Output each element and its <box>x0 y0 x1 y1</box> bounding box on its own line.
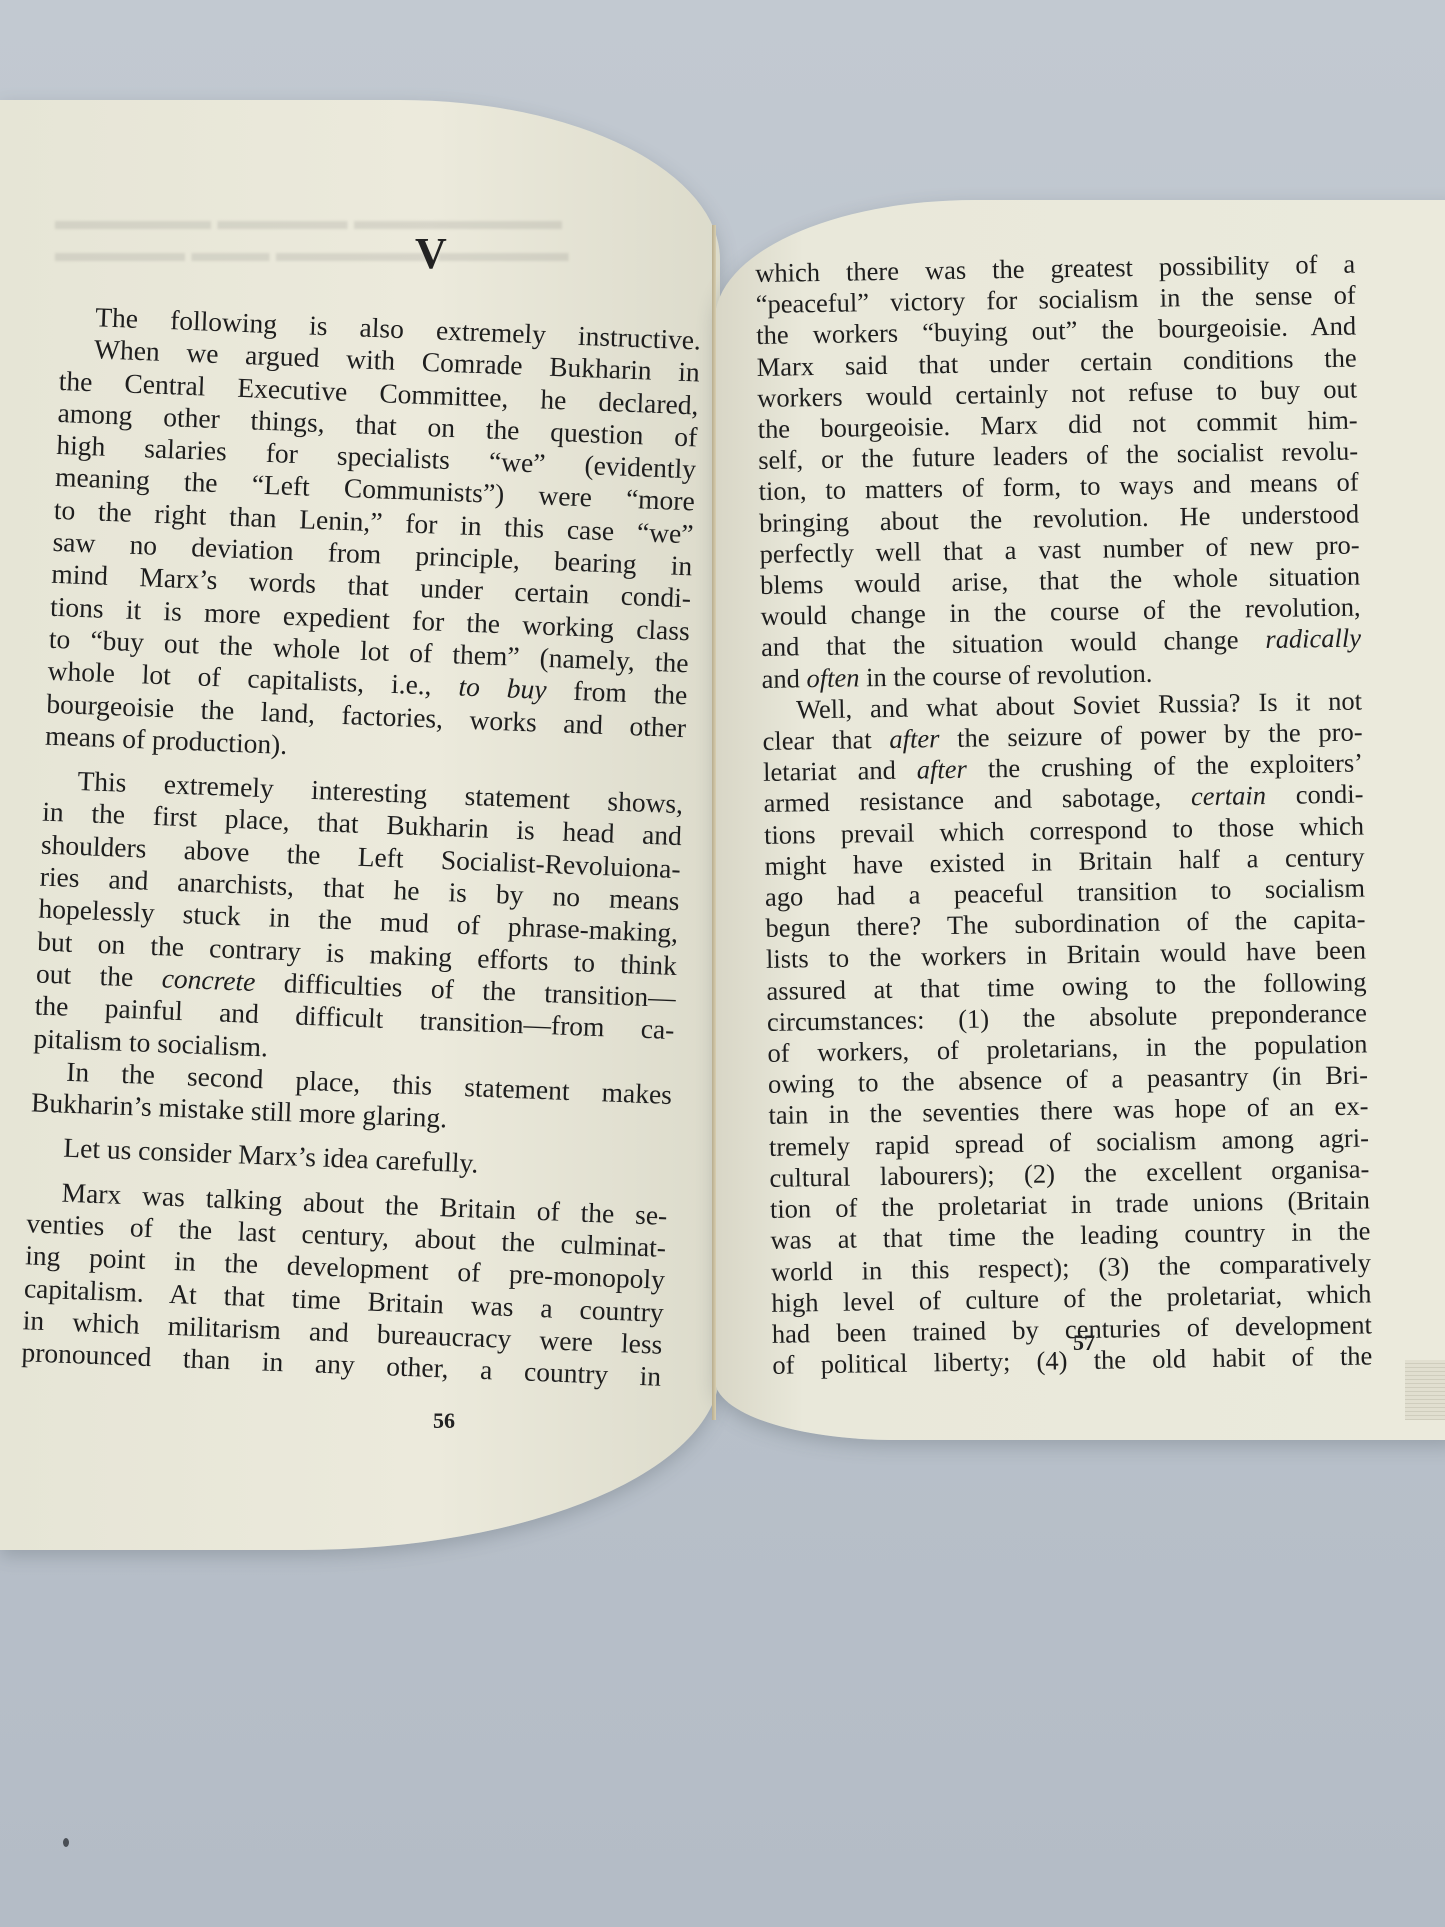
page-number-left: 56 <box>433 1408 455 1434</box>
book-gutter <box>712 225 716 1420</box>
background-speck <box>63 1838 69 1847</box>
page-number-right: 57 <box>1073 1330 1095 1356</box>
page-edges <box>1405 1360 1445 1420</box>
show-through-text: ▬▬▬▬▬▬ ▬▬▬▬▬ ▬▬▬▬▬▬▬▬▬▬▬▬▬ ▬▬▬ ▬▬▬▬▬▬ ▬▬… <box>55 205 615 275</box>
right-page-body: which there was the greatest possibility… <box>755 249 1373 1382</box>
left-page-body: The following is also extremely instruct… <box>21 300 702 1393</box>
chapter-heading: V <box>415 228 448 279</box>
